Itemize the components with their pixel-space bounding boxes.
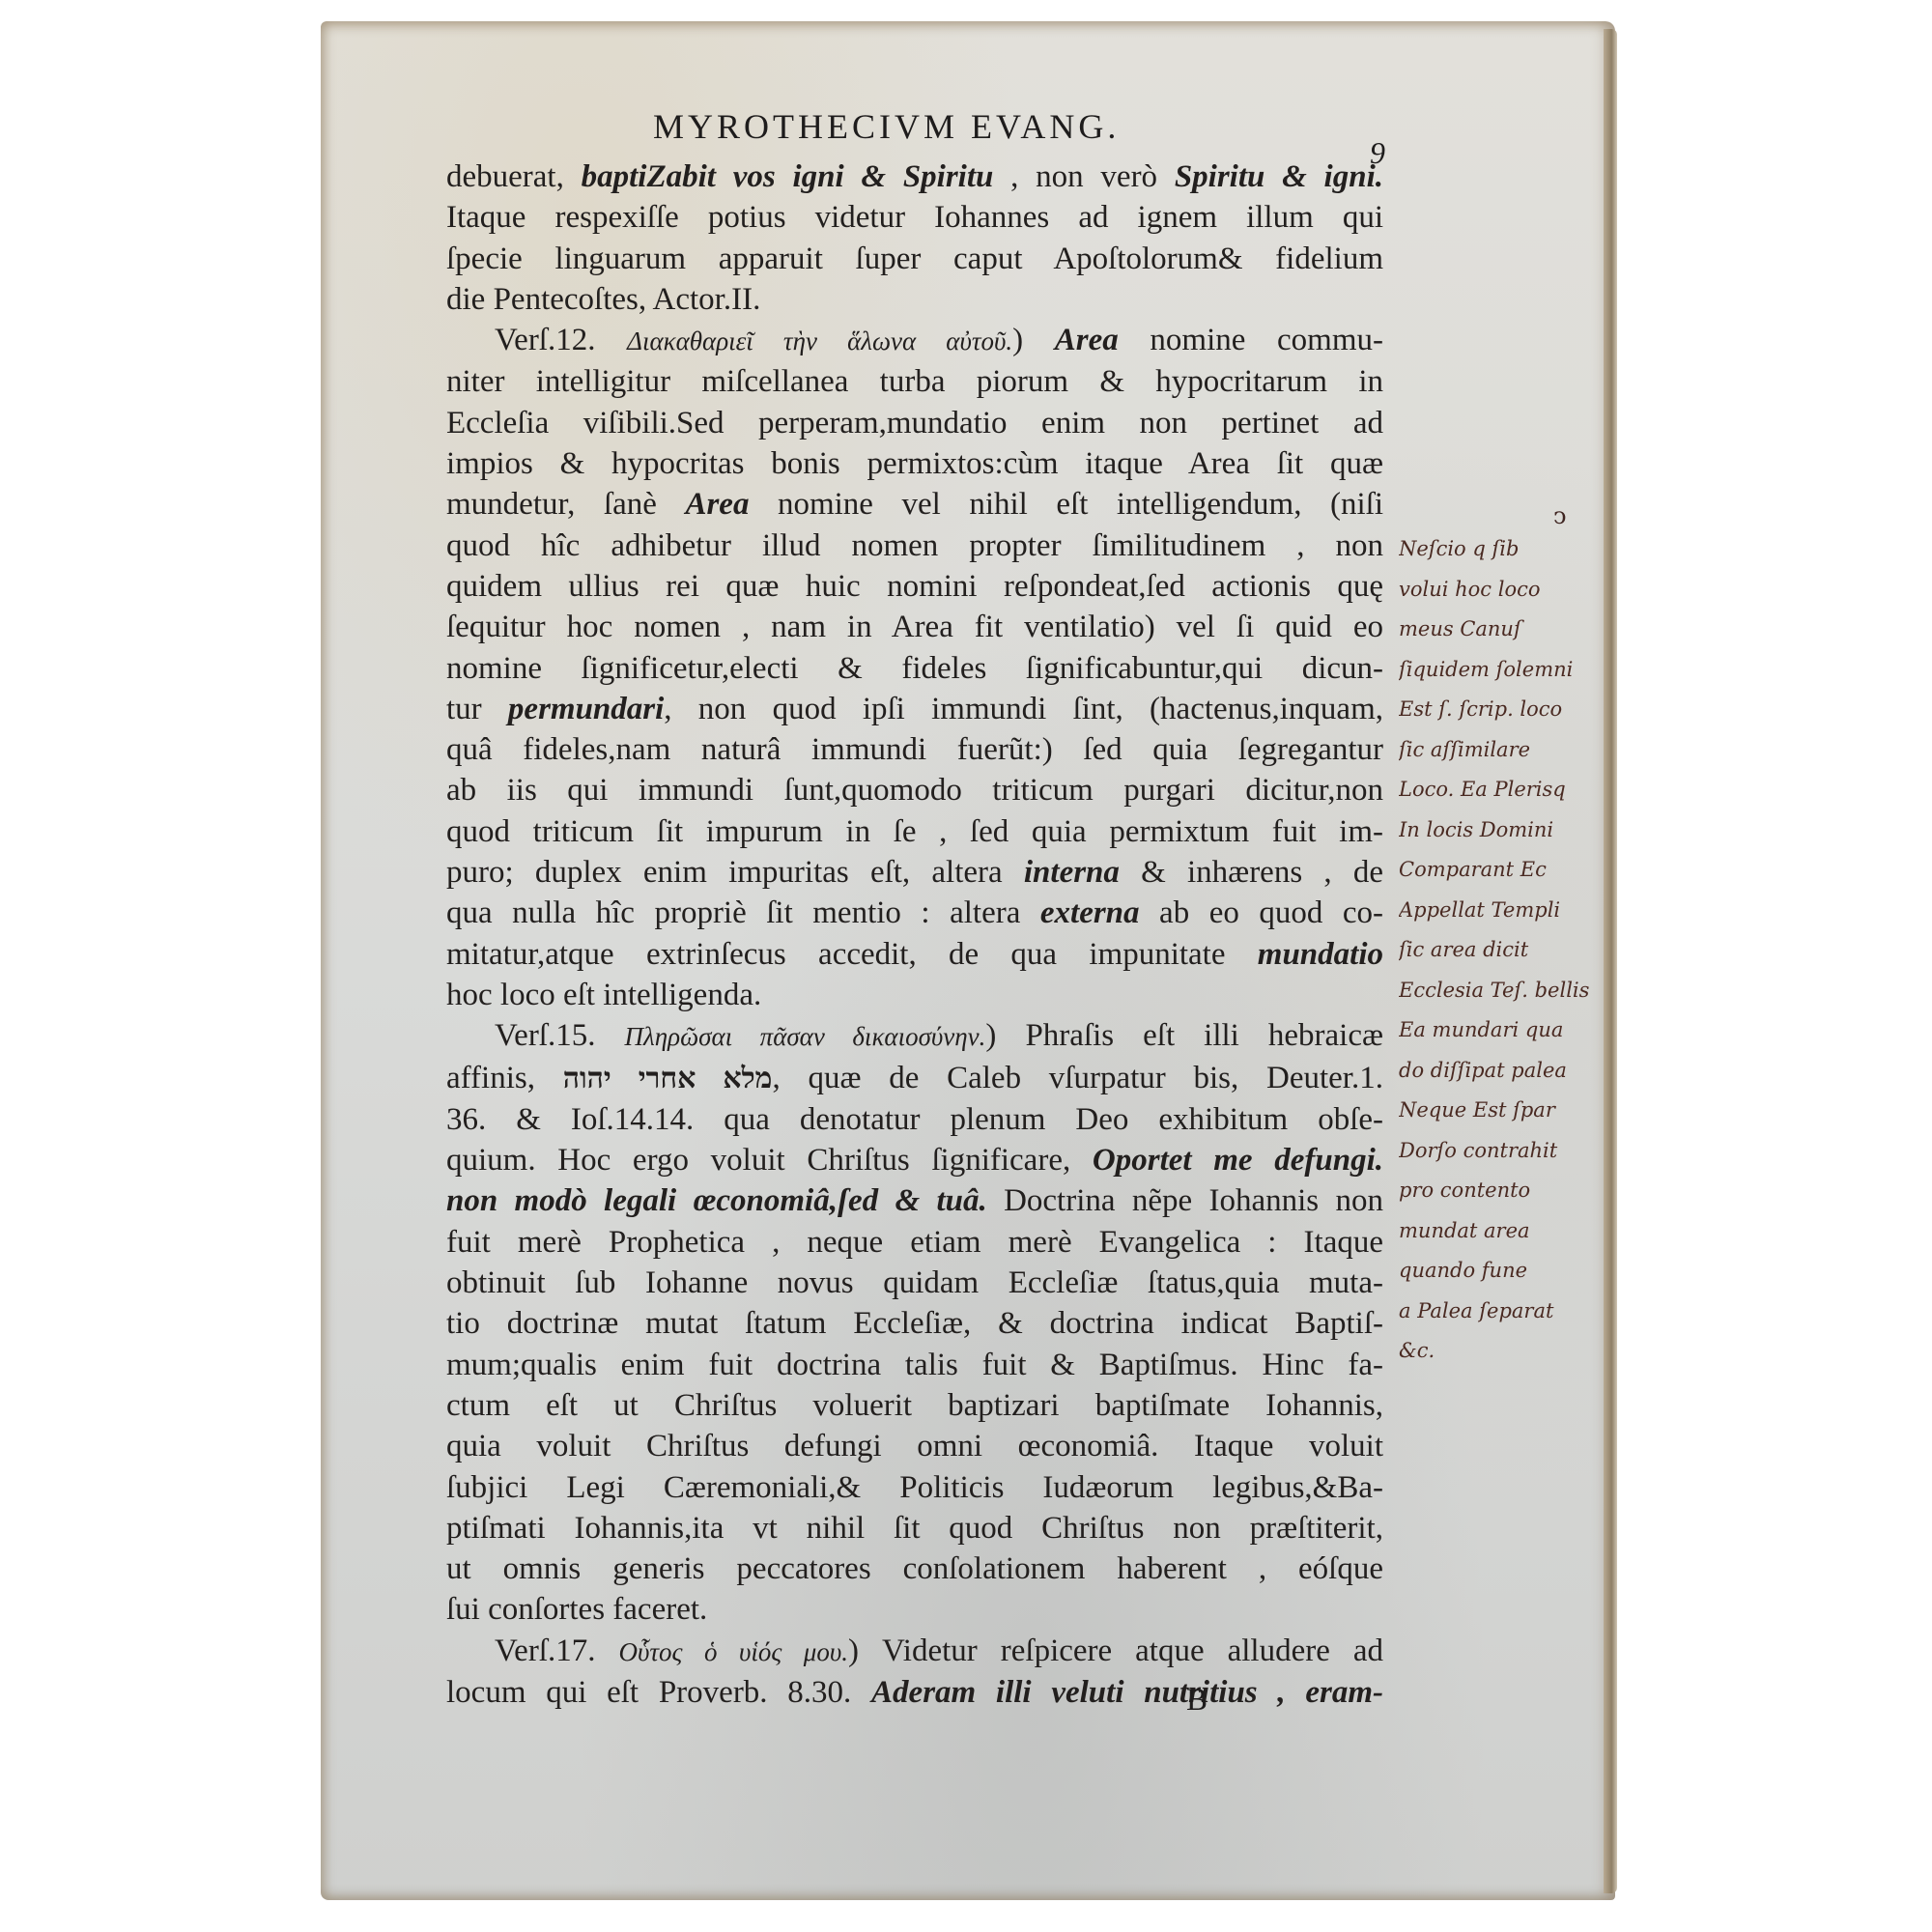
text-segment: niter intelligitur miſcellanea turba pio… [446,364,1383,399]
text-line: tio doctrinæ mutat ſtatum Eccleſiæ, & do… [446,1303,1383,1344]
text-line: quidem ullius rei quæ huic nomini reſpon… [446,566,1383,607]
text-line: ut omnis generis peccatores conſolatione… [446,1548,1383,1589]
text-line: ab iis qui immundi ſunt,quomodo triticum… [446,770,1383,810]
text-segment: puro; duplex enim impuritas eſt, altera [446,855,1024,890]
text-line: nomine ſignificetur,electi & fideles ſig… [446,648,1383,689]
text-segment: ab iis qui immundi ſunt,quomodo triticum… [446,773,1383,808]
text-segment: quium. Hoc ergo voluit Chriſtus ſignific… [446,1143,1093,1178]
handwritten-margin-notes: Neſcio q ſibvolui hoc locomeus Canuſſiqu… [1399,529,1606,1372]
text-segment: quidem ullius rei quæ huic nomini reſpon… [446,569,1383,604]
text-line: quium. Hoc ergo voluit Chriſtus ſignific… [446,1140,1383,1180]
text-segment: ſequitur hoc nomen , nam in Area fit ven… [446,610,1383,644]
text-segment: , quæ de Caleb vſurpatur bis, Deuter.1. [772,1061,1383,1095]
margin-note-line: In locis Domini [1399,810,1606,851]
text-line: puro; duplex enim impuritas eſt, altera … [446,852,1383,893]
text-segment: 36. & Ioſ.14.14. qua denotatur plenum De… [446,1102,1383,1137]
text-segment: , non verò [993,159,1174,194]
text-line: debuerat, baptiZabit vos igni & Spiritu … [446,156,1383,197]
text-line: niter intelligitur miſcellanea turba pio… [446,361,1383,402]
text-line: Itaque respexiſſe potius videtur Iohanne… [446,197,1383,238]
text-segment: , non quod ipſi immundi ſint, (hactenus,… [664,692,1383,726]
text-line: ſequitur hoc nomen , nam in Area fit ven… [446,607,1383,647]
text-segment: ptiſmati Iohannis,ita vt nihil ſit quod … [446,1511,1383,1546]
text-segment: ſubjici Legi Cæremoniali,& Politicis Iud… [446,1470,1383,1505]
margin-note-line: Est ſ. ſcrip. loco [1399,690,1606,730]
text-segment: quod triticum ſit impurum in ſe , ſed qu… [446,814,1383,849]
text-segment: & inhærens , de [1120,855,1383,890]
margin-note-line: a Palea ſeparat [1399,1292,1606,1332]
italic-quote: Spiritu & igni. [1175,159,1383,194]
text-segment: locum qui eſt Proverb. 8.30. [446,1675,871,1710]
running-head: MYROTHECIVM EVANG. [653,106,1120,147]
margin-note-line: &c. [1399,1331,1606,1372]
text-line: ſpecie linguarum apparuit ſuper caput Ap… [446,239,1383,279]
text-line: 36. & Ioſ.14.14. qua denotatur plenum De… [446,1099,1383,1140]
text-line: Verſ.17. Οὗτος ὁ υἱός μου.) Videtur reſp… [446,1631,1383,1672]
italic-quote: Oportet me defungi. [1093,1143,1383,1178]
text-segment: mum;qualis enim fuit doctrina talis fuit… [446,1348,1383,1382]
text-line: mitatur,atque extrinſecus accedit, de qu… [446,934,1383,975]
text-segment: Eccleſia viſibili.Sed perperam,mundatio … [446,406,1383,440]
margin-note-line: Neque Est ſpar [1399,1091,1606,1131]
text-segment: qua nulla hîc propriè ſit mentio : alter… [446,895,1040,930]
manuscript-mark: ↄ [1553,502,1566,529]
text-segment: ab eo quod co- [1140,895,1383,930]
text-line: ſui conſortes faceret. [446,1589,1383,1630]
text-line: mum;qualis enim fuit doctrina talis fuit… [446,1345,1383,1385]
text-segment: ) [1012,323,1055,357]
text-segment: hoc loco eſt intelligenda. [446,978,761,1012]
text-line: quia voluit Chriſtus defungi omni œconom… [446,1426,1383,1466]
text-segment: ) Phraſis eſt illi hebraicæ [985,1018,1383,1053]
text-line: qua nulla hîc propriè ſit mentio : alter… [446,893,1383,933]
text-line: mundetur, ſanè Area nomine vel nihil eſt… [446,484,1383,525]
text-line: quâ fideles,nam naturâ immundi fuerũt:) … [446,729,1383,770]
text-segment: Verſ.15. [495,1018,625,1053]
italic-quote: externa [1040,895,1140,930]
text-line: tur permundari, non quod ipſi immundi ſi… [446,689,1383,729]
margin-note-line: Ea mundari qua [1399,1010,1606,1051]
margin-note-line: Comparant Ec [1399,850,1606,891]
text-segment: Verſ.17. [495,1634,618,1668]
margin-note-line: mundat area [1399,1211,1606,1252]
text-segment: mitatur,atque extrinſecus accedit, de qu… [446,937,1258,972]
margin-note-line: quando fune [1399,1251,1606,1292]
hebrew-quote: מלא אחרי יהוה [563,1063,773,1094]
text-line: ptiſmati Iohannis,ita vt nihil ſit quod … [446,1508,1383,1548]
text-line: affinis, מלא אחרי יהוה, quæ de Caleb vſu… [446,1058,1383,1099]
margin-note-line: Appellat Templi [1399,891,1606,931]
text-line: impios & hypocritas bonis permixtos:cùm … [446,443,1383,484]
text-segment: ctum eſt ut Chriſtus voluerit baptizari … [446,1388,1383,1423]
italic-quote: Area [685,487,749,522]
text-line: locum qui eſt Proverb. 8.30. Aderam illi… [446,1672,1383,1713]
greek-quote: Διακαθαριεῖ τὴν ἅλωνα αὐτοῦ. [627,327,1012,355]
margin-note-line: pro contento [1399,1171,1606,1211]
text-line: Verſ.12. Διακαθαριεῖ τὴν ἅλωνα αὐτοῦ.) A… [446,320,1383,361]
text-segment: impios & hypocritas bonis permixtos:cùm … [446,446,1383,481]
text-line: non modò legali œconomiâ,ſed & tuâ. Doct… [446,1180,1383,1221]
text-segment: debuerat, [446,159,582,194]
italic-quote: interna [1024,855,1120,890]
text-segment: quâ fideles,nam naturâ immundi fuerũt:) … [446,732,1383,767]
margin-note-line: volui hoc loco [1399,570,1606,611]
text-segment: ) Videtur reſpicere atque alludere ad [848,1634,1383,1668]
text-line: ſubjici Legi Cæremoniali,& Politicis Iud… [446,1467,1383,1508]
text-segment: nomine vel nihil eſt intelligendum, (niſ… [749,487,1383,522]
text-segment: Doctrina nẽpe Iohannis non [987,1183,1383,1218]
text-line: Eccleſia viſibili.Sed perperam,mundatio … [446,403,1383,443]
text-line: Verſ.15. Πληρῶσαι πᾶσαν δικαιοσύνην.) Ph… [446,1015,1383,1057]
text-segment: tur [446,692,508,726]
text-segment: die Pentecoſtes, Actor.II. [446,282,760,317]
italic-quote: baptiZabit vos igni & Spiritu [582,159,994,194]
text-line: quod triticum ſit impurum in ſe , ſed qu… [446,811,1383,852]
text-segment: obtinuit ſub Iohanne novus quidam Eccleſ… [446,1265,1383,1300]
text-segment: fuit merè Prophetica , neque etiam merè … [446,1225,1383,1260]
text-segment: tio doctrinæ mutat ſtatum Eccleſiæ, & do… [446,1306,1383,1341]
text-segment: quod hîc adhibetur illud nomen propter ſ… [446,528,1383,563]
text-segment: quia voluit Chriſtus defungi omni œconom… [446,1429,1383,1463]
italic-quote: Area [1055,323,1119,357]
italic-quote: Aderam illi veluti nutritius , eram- [871,1675,1383,1710]
text-line: obtinuit ſub Iohanne novus quidam Eccleſ… [446,1263,1383,1303]
text-segment: affinis, [446,1061,563,1095]
text-segment: nomine ſignificetur,electi & fideles ſig… [446,651,1383,686]
main-text-block: debuerat, baptiZabit vos igni & Spiritu … [446,156,1383,1713]
text-segment: ut omnis generis peccatores conſolatione… [446,1551,1383,1586]
text-segment: Itaque respexiſſe potius videtur Iohanne… [446,200,1383,235]
margin-note-line: do diſſipat palea [1399,1051,1606,1092]
greek-quote: Πληρῶσαι πᾶσαν δικαιοσύνην. [625,1022,986,1051]
signature-mark: B [1186,1683,1207,1719]
margin-note-line: ſiquidem ſolemni [1399,650,1606,691]
text-line: quod hîc adhibetur illud nomen propter ſ… [446,526,1383,566]
italic-quote: non modò legali œconomiâ,ſed & tuâ. [446,1183,987,1218]
margin-note-line: Loco. Ea Plerisq [1399,770,1606,810]
text-line: hoc loco eſt intelligenda. [446,975,1383,1015]
margin-note-line: Ecclesia Teſ. bellis [1399,971,1606,1011]
italic-quote: mundatio [1258,937,1383,972]
text-line: die Pentecoſtes, Actor.II. [446,279,1383,320]
margin-note-line: ſic aſſimilare [1399,730,1606,771]
margin-note-line: ſic area dicit [1399,930,1606,971]
text-line: ctum eſt ut Chriſtus voluerit baptizari … [446,1385,1383,1426]
margin-note-line: Dorſo contrahit [1399,1131,1606,1172]
margin-note-line: meus Canuſ [1399,610,1606,650]
text-segment: ſpecie linguarum apparuit ſuper caput Ap… [446,241,1383,276]
text-line: fuit merè Prophetica , neque etiam merè … [446,1222,1383,1263]
text-segment: Verſ.12. [495,323,627,357]
greek-quote: Οὗτος ὁ υἱός μου. [618,1637,848,1666]
text-segment: nomine commu- [1119,323,1383,357]
italic-quote: permundari [508,692,664,726]
margin-note-line: Neſcio q ſib [1399,529,1606,570]
text-segment: mundetur, ſanè [446,487,685,522]
text-segment: ſui conſortes faceret. [446,1592,707,1627]
